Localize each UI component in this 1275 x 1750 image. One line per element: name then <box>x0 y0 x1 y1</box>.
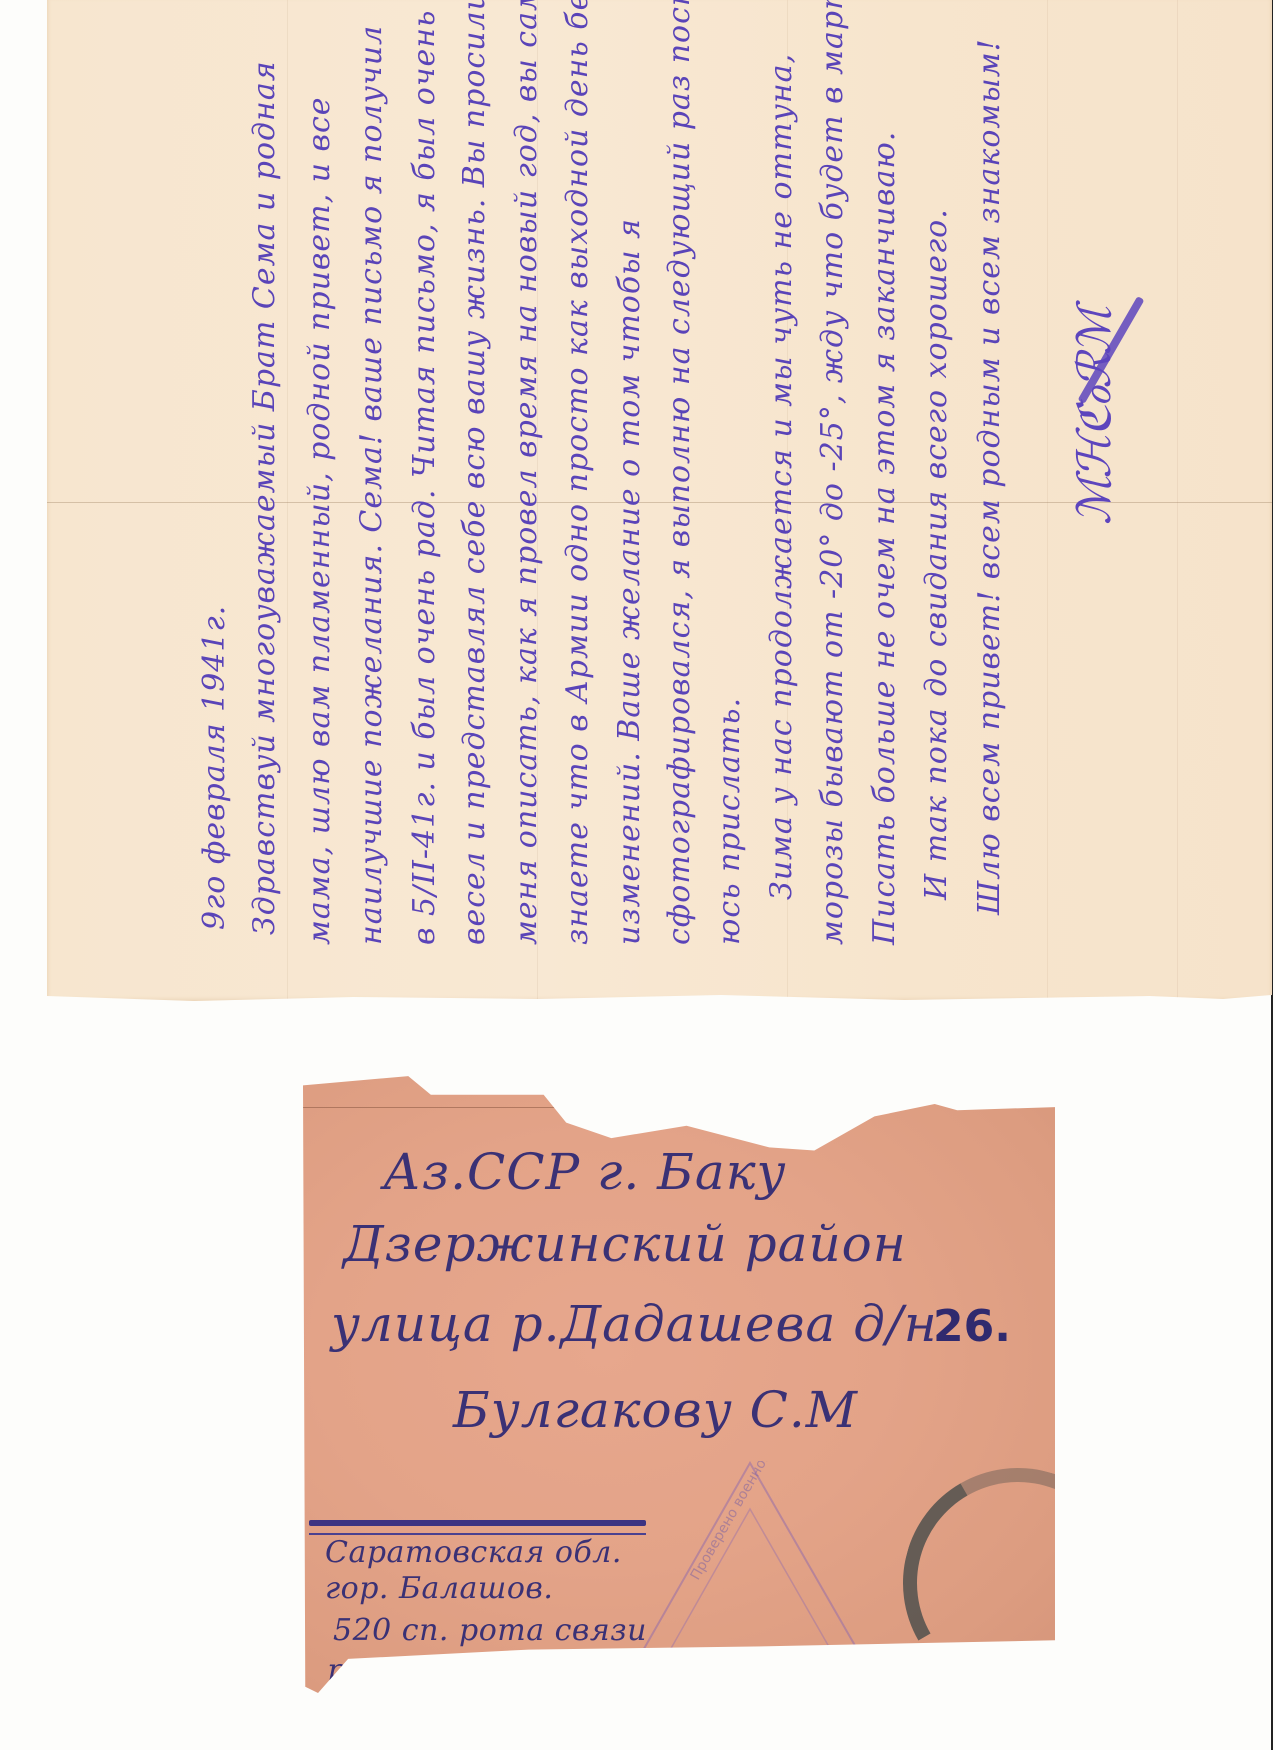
letter-line: И так пока до свидания всего хорошего. <box>919 208 954 900</box>
letter-line: сфотографировался, я выполню на следующи… <box>662 0 697 945</box>
letter-line: наилучшие пожелания. Сема! ваше письмо я… <box>354 25 389 945</box>
recipient-street: улица р.Дадашева д/н <box>331 1295 938 1353</box>
letter-line: Здравствуй многоуважаемый Брат Сема и ро… <box>247 60 282 935</box>
envelope: Аз.ССР г. Баку Дзержинский район улица р… <box>303 1073 1055 1693</box>
letter-line: юсь прислать. <box>712 697 747 945</box>
letter-date: 9го февраля 1941г. <box>197 605 232 930</box>
envelope-flap-edge <box>303 1107 558 1108</box>
letter-line: морозы бывают от -20° до -25°, жду что б… <box>815 0 850 945</box>
letter-line: Шлю всем привет! всем родным и всем знак… <box>972 38 1007 915</box>
sender-unit: 520 сп. рота связи <box>333 1613 647 1648</box>
recipient-republic-city: Аз.ССР г. Баку <box>383 1143 787 1201</box>
letter-line: меня описать, как я провел время на новы… <box>509 0 544 945</box>
letter-line: знаете что в Армии одно просто как выход… <box>560 0 595 945</box>
censor-triangle-stamp: Проверено военной цензурой <box>618 1461 883 1691</box>
letter-line: мама, шлю вам пламенный, родной привет, … <box>302 96 337 945</box>
sender-region: Саратовская обл. <box>325 1535 622 1570</box>
letter-line: Писать больше не очем на этом я заканчив… <box>867 131 902 945</box>
address-divider <box>309 1520 646 1526</box>
letter-line: в 5/II-41г. и был очень рад. Читая письм… <box>407 10 442 945</box>
recipient-house-number: 26. <box>933 1301 1011 1352</box>
signature: ℳℋℭℴℛℳ <box>1067 309 1121 525</box>
recipient-district: Дзержинский район <box>343 1215 907 1273</box>
letter-line: Зима у нас продолжается и мы чуть не отт… <box>764 53 799 900</box>
sender-city: гор. Балашов. <box>325 1571 553 1606</box>
postmark-circle <box>877 1442 1159 1724</box>
letter-sheet: 9го февраля 1941г. Здравствуй многоуважа… <box>47 0 1272 1003</box>
svg-text:Проверено военной цензурой: Проверено военной цензурой <box>688 1461 812 1583</box>
letter-line: изменений. Ваше желание о том чтобы я <box>612 218 647 945</box>
sender-initials: р.Я <box>327 1653 381 1688</box>
recipient-name: Булгакову С.М <box>453 1381 858 1439</box>
letter-line: весел и представлял себе всю вашу жизнь.… <box>457 0 492 945</box>
